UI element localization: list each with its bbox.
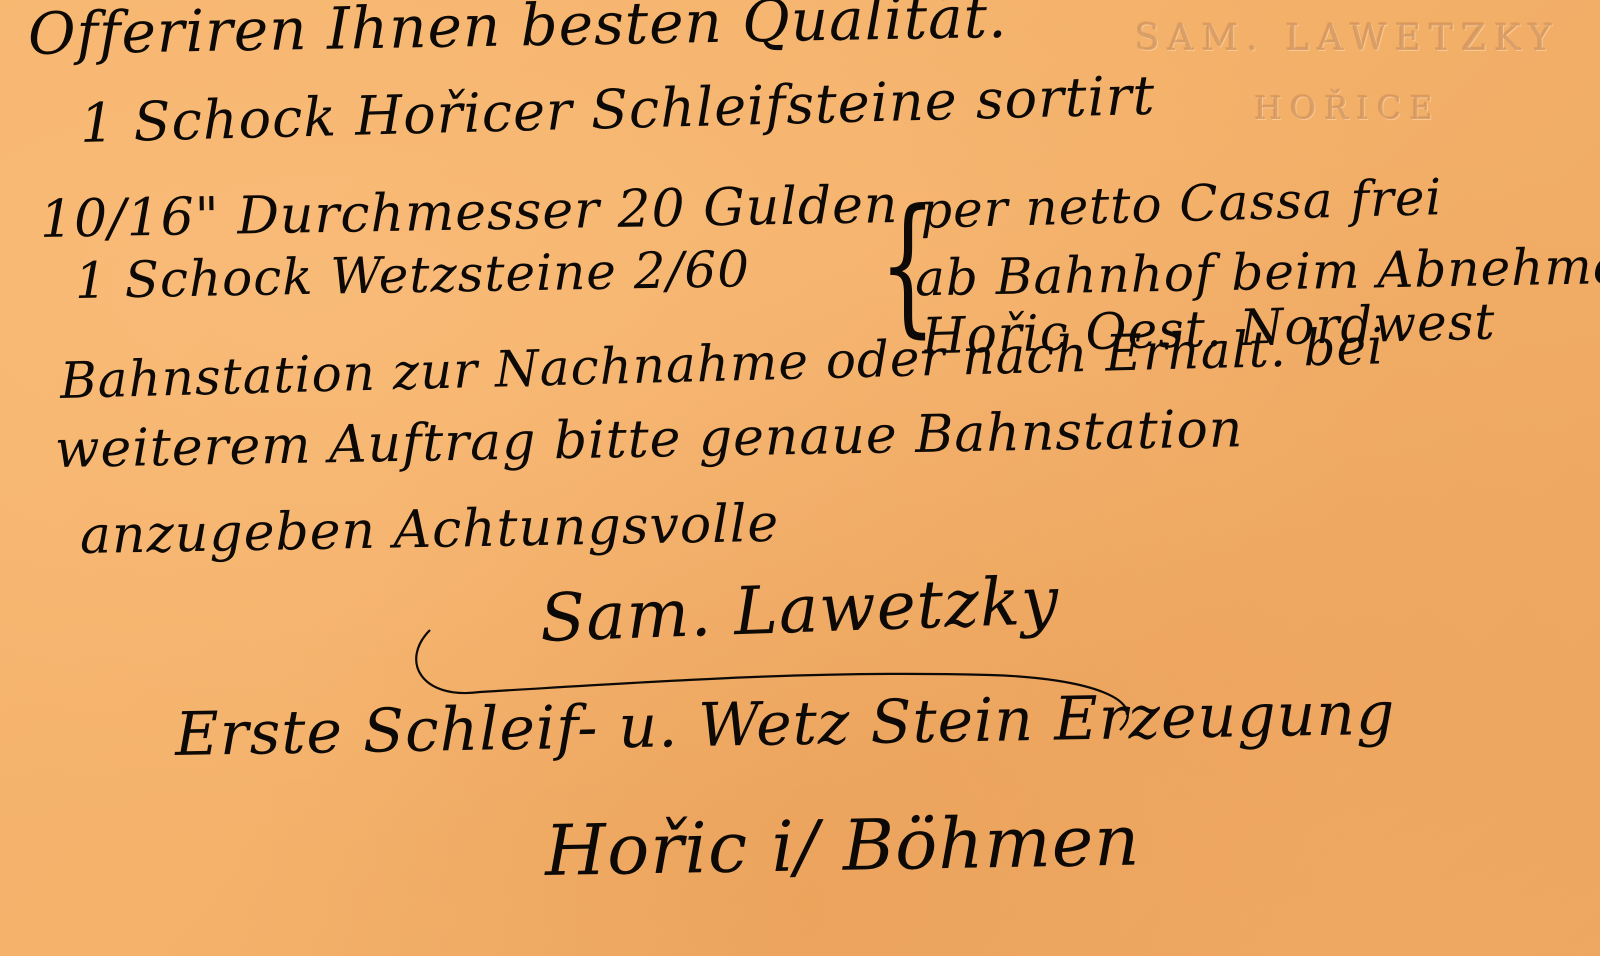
item-whetstones-line: 1 Schock Wetzsteine 2/60 [74,240,750,310]
item-grindstones-line: 1 Schock Hořicer Schleifsteine sortirt [79,64,1156,155]
terms-line-2: ab Bahnhof beim Abnehmer [915,237,1600,308]
location-line: Hořic i/ Böhmen [544,800,1141,892]
embossed-stamp: SAM. LAWETZKY HOŘICE [1135,18,1560,127]
station-line: Bahnstation zur Nachnahme oder nach Erha… [59,317,1385,410]
closing-line: anzugeben Achtungsvolle [79,494,779,566]
emboss-name: SAM. LAWETZKY [1135,18,1560,59]
diameter-price-line: 10/16" Durchmesser 20 Gulden [39,175,898,250]
order-line: weiterem Auftrag bitte genaue Bahnstatio… [54,399,1243,480]
emboss-town: HOŘICE [1135,89,1560,127]
postcard: SAM. LAWETZKY HOŘICE Offeriren Ihnen bes… [0,0,1600,956]
company-line: Erste Schleif- u. Wetz Stein Erzeugung [174,679,1395,770]
offer-line: Offeriren Ihnen besten Qualität. [27,0,1008,68]
terms-line-1: per netto Cassa frei [919,168,1443,240]
